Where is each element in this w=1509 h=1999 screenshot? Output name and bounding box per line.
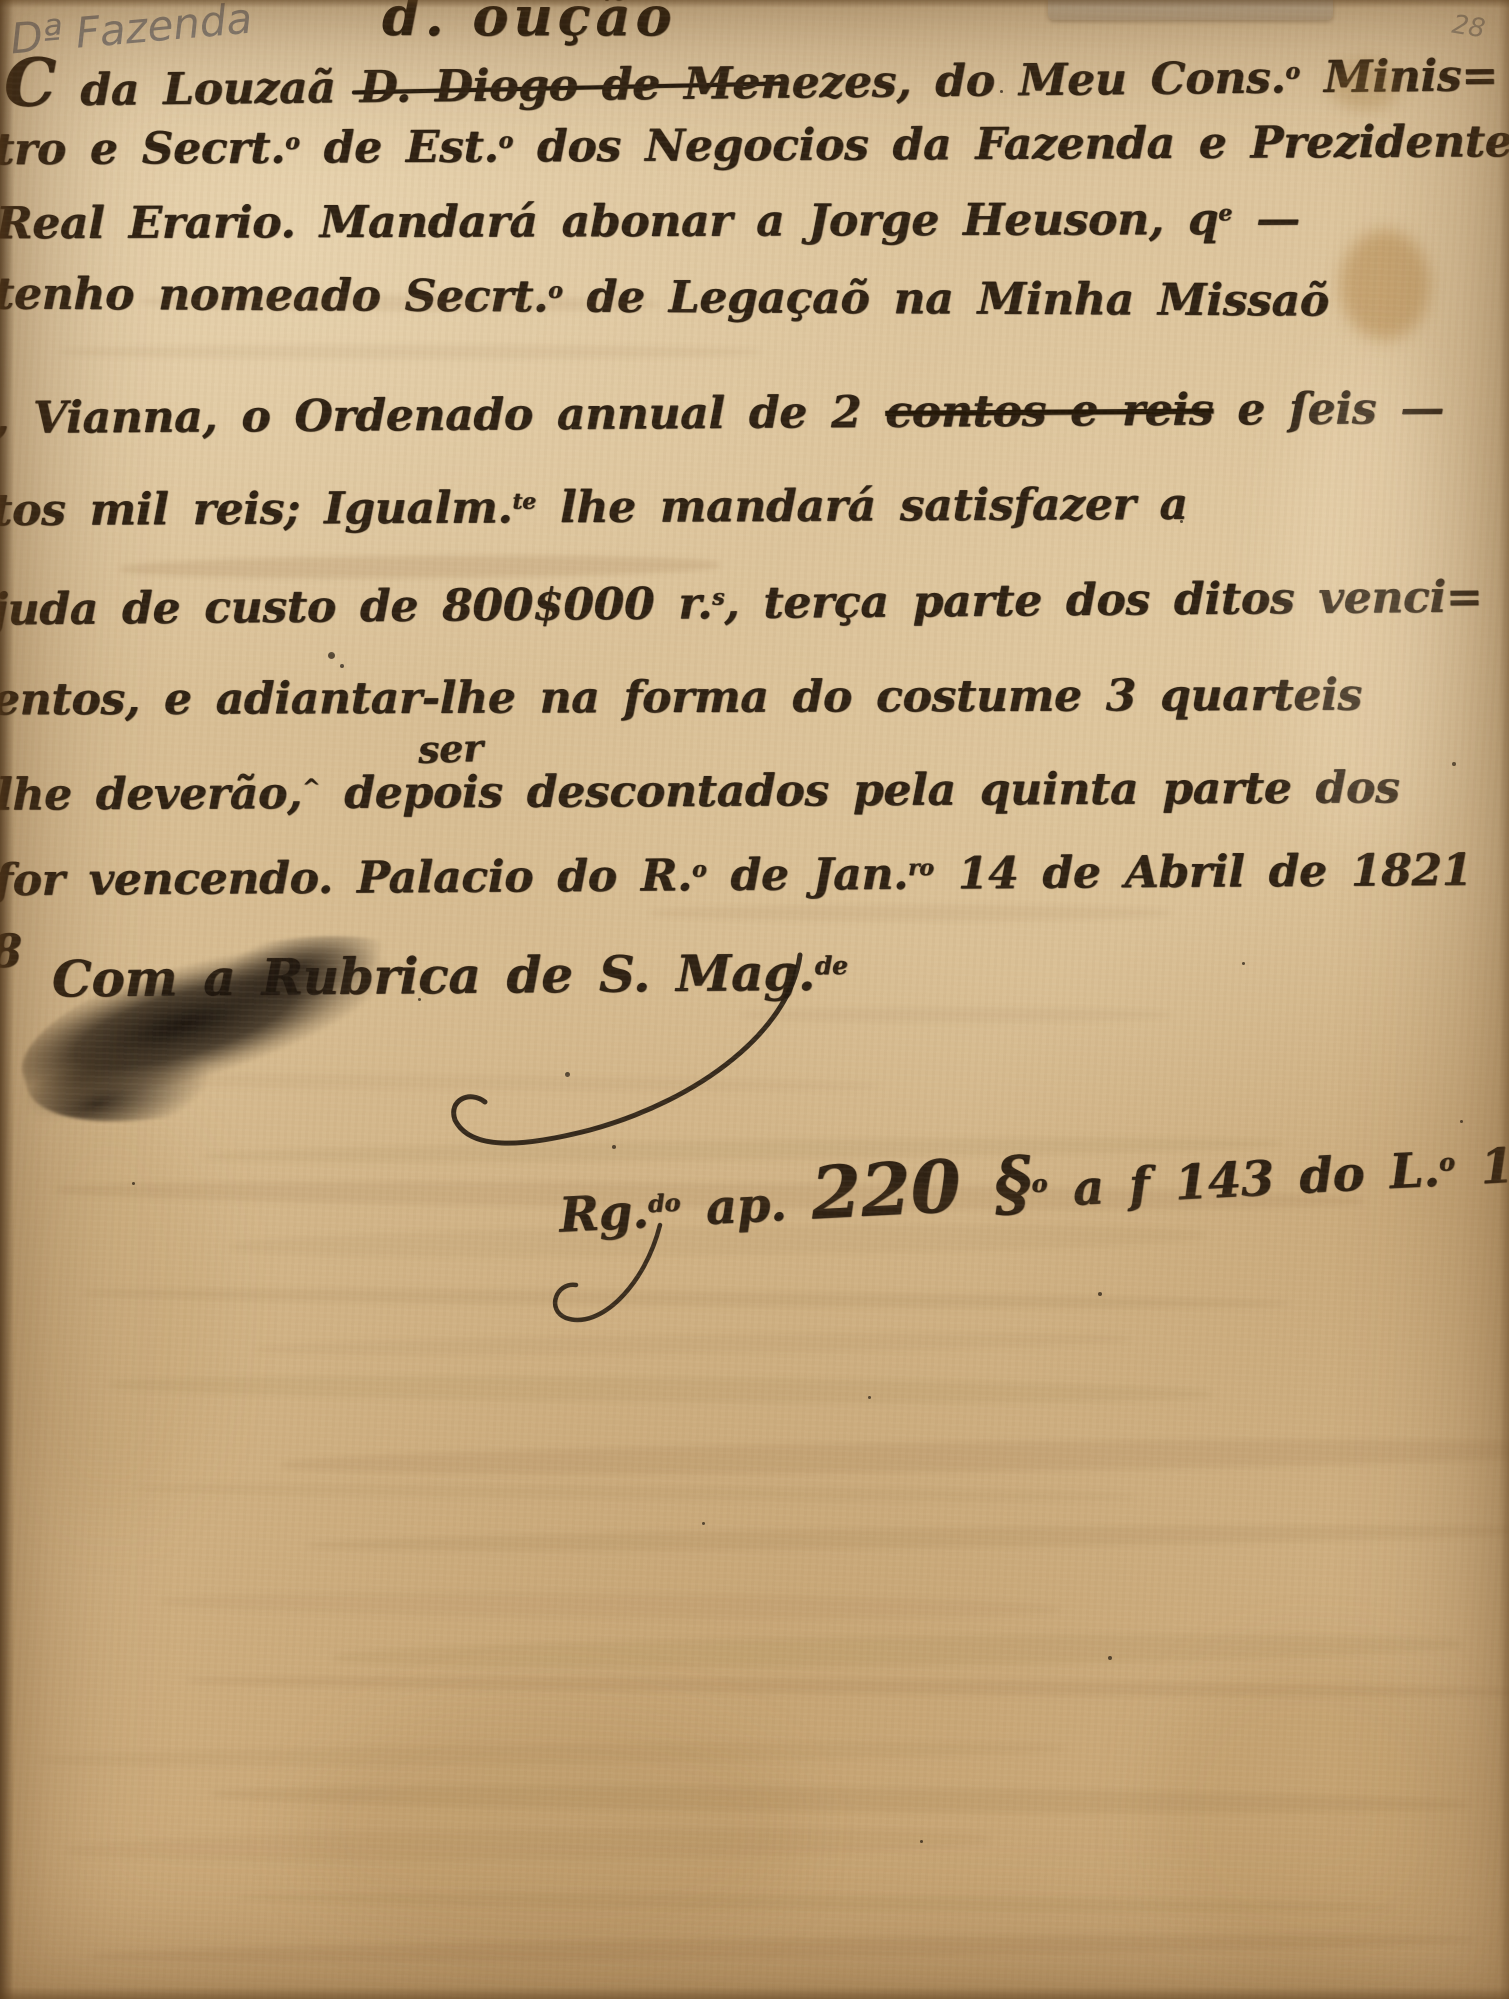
text-segment: de	[815, 951, 848, 980]
text-segment: de Legaçaõ na Minha Missaõ	[562, 271, 1329, 326]
text-segment: o	[499, 128, 514, 154]
text-segment: 14 de Abril de 1821	[934, 845, 1473, 900]
text-segment: , Vianna, o Ordenado annual de 2	[0, 387, 886, 444]
text-segment: tro e Secrt.	[0, 123, 285, 176]
text-segment: entos, e adiantar-lhe na forma do costum…	[0, 670, 1362, 726]
text-segment: ^	[302, 774, 320, 800]
line-mil-reis: tos mil reis; Igualm.te lhe mandará sati…	[0, 479, 1188, 536]
text-segment: lhe deverão,	[0, 768, 302, 821]
text-segment: lhe mandará satisfazer a	[536, 479, 1188, 533]
text-segment: ser	[417, 725, 483, 772]
text-segment: te	[512, 489, 536, 515]
text-segment: ro	[908, 855, 934, 881]
text-segment: o	[285, 129, 300, 155]
line-registro: Rg.do ap. 220 §o a f 143 do L.o 1.o	[556, 1112, 1509, 1249]
text-segment: Com a Rubrica de S. Mag.	[52, 943, 815, 1009]
text-segment: dos Negocios da Fazenda e Prezidente do	[513, 116, 1509, 173]
text-segment: da Louzaã D. Diogo de Menezes, do Meu Co…	[56, 52, 1286, 116]
text-segment: o	[548, 278, 563, 304]
text-segment: Minis=	[1300, 50, 1499, 103]
text-segment: de Est.	[300, 122, 499, 174]
text-segment: a f 143 do L.	[1046, 1142, 1441, 1218]
text-segment: , terça parte dos ditos venci=	[724, 571, 1483, 629]
text-segment: §	[958, 1139, 1033, 1228]
text-segment: 8	[0, 924, 22, 978]
line-rubrica: Com a Rubrica de S. Mag.de	[52, 943, 848, 1009]
line-margin-fragment: 8	[0, 924, 22, 978]
text-segment: e ſeis —	[1213, 383, 1444, 436]
manuscript-page: Dª Fazenda 28 d. oução C da Louzaã D. Di…	[0, 0, 1509, 1999]
text-segment: contos e reis	[885, 385, 1213, 438]
line-conde-louzaa: C da Louzaã D. Diogo de Menezes, do Meu …	[4, 28, 1499, 122]
text-segment: o	[1031, 1168, 1048, 1198]
text-segment: juda de custo de 800$000 r.	[0, 578, 712, 635]
line-nomeado: tenho nomeado Secrt.o de Legaçaõ na Minh…	[0, 269, 1329, 327]
line-real-erario: Real Erario. Mandará abonar a Jorge Heus…	[0, 194, 1300, 250]
text-segment: o	[1438, 1147, 1455, 1177]
insertion-ser: ser	[417, 725, 483, 772]
line-ajuda-custo: juda de custo de 800$000 r.s, terça part…	[0, 571, 1483, 635]
text-segment: e	[1218, 200, 1232, 226]
text-segment: s	[712, 584, 724, 610]
text-segment: 1.	[1454, 1137, 1509, 1197]
text-segment: de Jan.	[706, 849, 908, 901]
text-segment: o	[1285, 59, 1300, 85]
text-segment: Real Erario. Mandará abonar a Jorge Heus…	[0, 194, 1218, 249]
text-segment: C	[4, 43, 57, 122]
text-segment: tenho nomeado Secrt.	[0, 269, 548, 323]
text-segment: do	[647, 1188, 681, 1219]
manuscript-text: C da Louzaã D. Diogo de Menezes, do Meu …	[0, 0, 1509, 1999]
line-descontados: lhe deverão,^ depois descontados pela qu…	[0, 762, 1400, 820]
text-segment: —	[1232, 194, 1300, 245]
line-ministro: tro e Secrt.o de Est.o dos Negocios da F…	[0, 116, 1509, 175]
text-segment: o	[692, 857, 707, 883]
text-segment: depois descontados pela quinta parte dos	[320, 762, 1400, 819]
line-ordenado: , Vianna, o Ordenado annual de 2 contos …	[0, 383, 1444, 444]
text-segment: 220	[809, 1143, 963, 1236]
text-segment: for vencendo. Palacio do R.	[0, 850, 692, 906]
text-segment: ap.	[679, 1175, 813, 1238]
text-segment: Rg.	[558, 1183, 650, 1244]
line-adiantar: entos, e adiantar-lhe na forma do costum…	[0, 670, 1362, 726]
line-palacio-data: for vencendo. Palacio do R.o de Jan.ro 1…	[0, 845, 1472, 906]
text-segment: tos mil reis; Igualm.	[0, 482, 513, 536]
